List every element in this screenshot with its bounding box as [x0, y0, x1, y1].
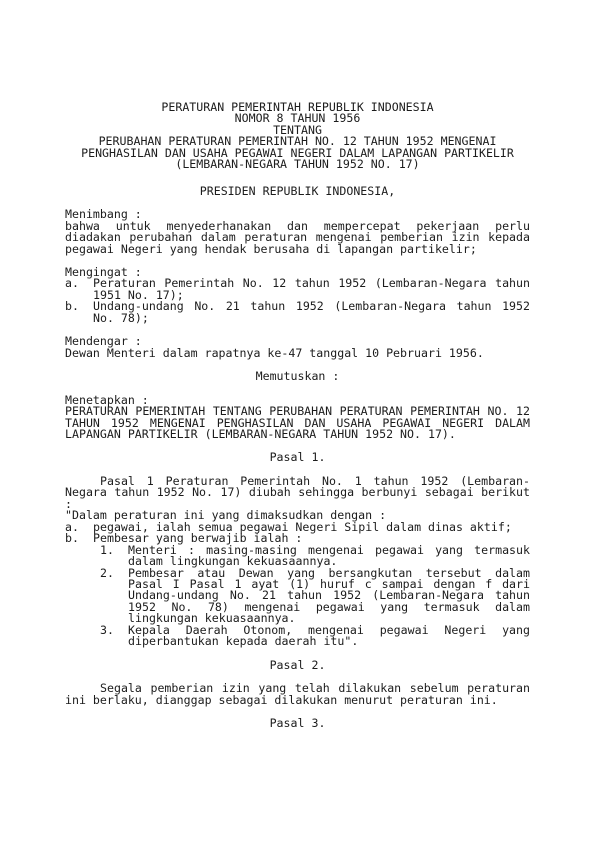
list-item-text: Peraturan Pemerintah No. 12 tahun 1952 (… — [93, 278, 530, 301]
list-item-text: Pembesar atau Dewan yang bersangkutan te… — [128, 568, 530, 625]
section-pasal1: Pasal 1 Peraturan Pemerintah No. 1 tahun… — [65, 476, 530, 648]
pasal2-body: Segala pemberian izin yang telah dilakuk… — [65, 683, 530, 706]
document-content: PERATURAN PEMERINTAH REPUBLIK INDONESIA … — [65, 102, 530, 729]
section-mengingat: Mengingat : a. Peraturan Pemerintah No. … — [65, 267, 530, 324]
menimbang-body: bahwa untuk menyederhanakan dan memperce… — [65, 221, 530, 255]
pasal1-intro: Pasal 1 Peraturan Pemerintah No. 1 tahun… — [65, 476, 530, 510]
pasal2-heading: Pasal 2. — [65, 660, 530, 671]
pasal3-heading: Pasal 3. — [65, 718, 530, 729]
list-marker: 2. — [100, 568, 128, 625]
list-marker: b. — [65, 301, 93, 324]
menetapkan-body: PERATURAN PEMERINTAH TENTANG PERUBAHAN P… — [65, 406, 530, 440]
mengingat-item-b: b. Undang-undang No. 21 tahun 1952 (Lemb… — [65, 301, 530, 324]
list-marker: a. — [65, 278, 93, 301]
mendengar-body: Dewan Menteri dalam rapatnya ke-47 tangg… — [65, 348, 530, 359]
president-line: PRESIDEN REPUBLIK INDONESIA, — [65, 186, 530, 197]
document-page: PERATURAN PEMERINTAH REPUBLIK INDONESIA … — [0, 0, 595, 842]
list-item-text: Menteri : masing-masing mengenai pegawai… — [128, 545, 530, 568]
document-title-block: PERATURAN PEMERINTAH REPUBLIK INDONESIA … — [65, 102, 530, 171]
pasal1-subitem-3: 3. Kepala Daerah Otonom, mengenai pegawa… — [100, 625, 530, 648]
list-marker: b. — [65, 533, 93, 544]
list-marker: 3. — [100, 625, 128, 648]
section-mendengar: Mendengar : Dewan Menteri dalam rapatnya… — [65, 336, 530, 359]
pasal1-heading: Pasal 1. — [65, 452, 530, 463]
memutuskan-line: Memutuskan : — [65, 371, 530, 382]
pasal1-subitem-2: 2. Pembesar atau Dewan yang bersangkutan… — [100, 568, 530, 625]
title-line-6: (LEMBARAN-NEGARA TAHUN 1952 NO. 17) — [65, 159, 530, 170]
pasal1-subitem-1: 1. Menteri : masing-masing mengenai pega… — [100, 545, 530, 568]
section-menetapkan: Menetapkan : PERATURAN PEMERINTAH TENTAN… — [65, 395, 530, 441]
mengingat-item-a: a. Peraturan Pemerintah No. 12 tahun 195… — [65, 278, 530, 301]
list-marker: 1. — [100, 545, 128, 568]
section-menimbang: Menimbang : bahwa untuk menyederhanakan … — [65, 209, 530, 255]
list-item-text: Undang-undang No. 21 tahun 1952 (Lembara… — [93, 301, 530, 324]
list-item-text: Kepala Daerah Otonom, mengenai pegawai N… — [128, 625, 530, 648]
